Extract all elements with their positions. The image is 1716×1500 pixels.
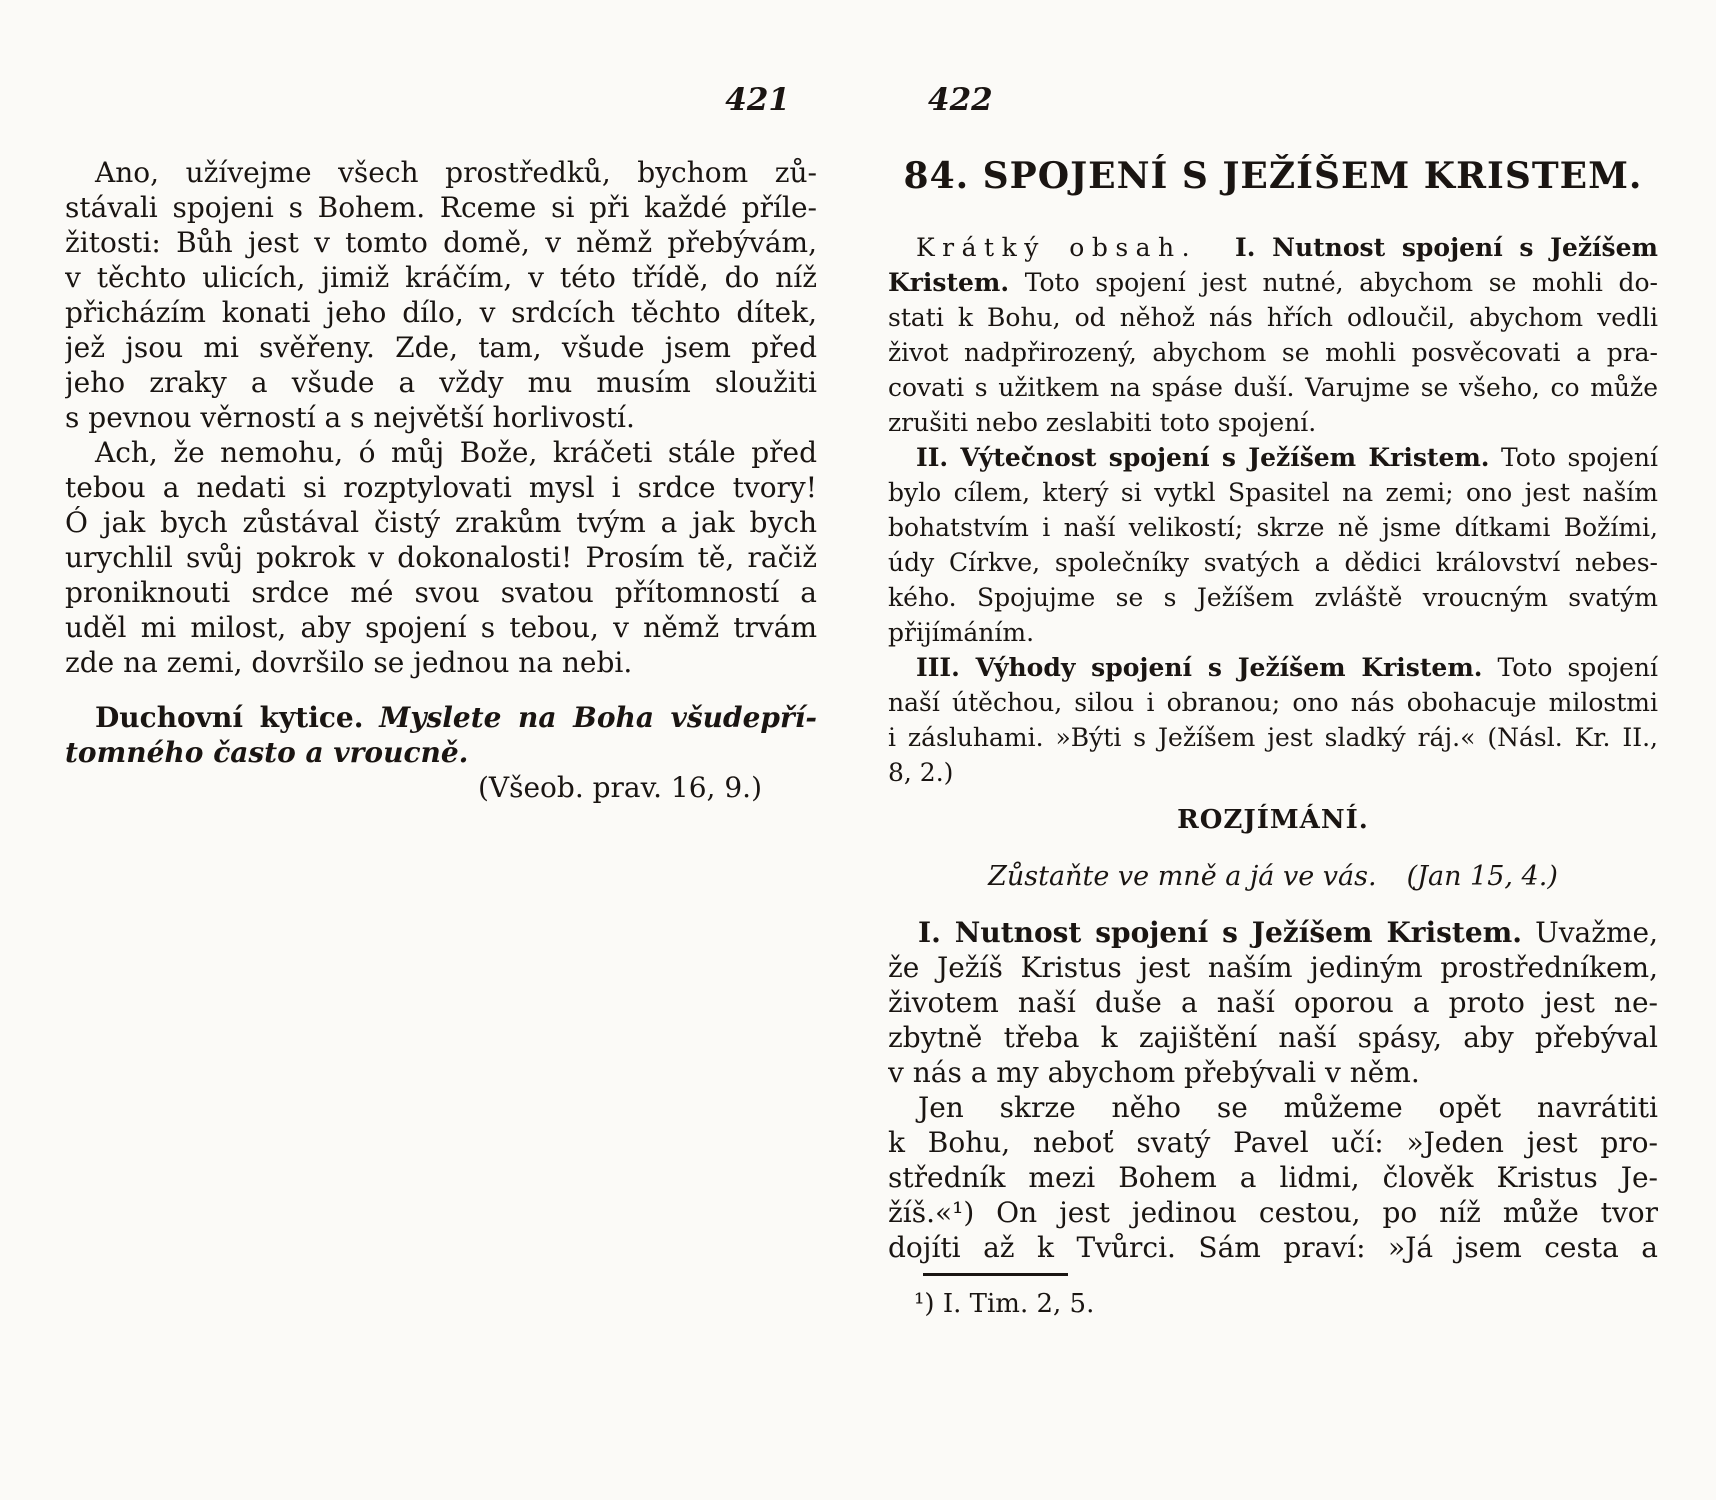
text-line: zde na zemi, dovršilo se jednou na nebi. (65, 645, 817, 680)
summary-text: Toto spojení jest nutné, abychom se mohl… (1025, 268, 1658, 297)
text-line: 8, 2.) (888, 755, 1658, 790)
summary-part1-heading: I. Nutnost spojení s Ježíšem (1235, 233, 1658, 262)
text-line: jež jsou mi svěřeny. Zde, tam, všude jse… (65, 330, 817, 365)
verse-reference: (Jan 15, 4.) (1407, 861, 1558, 892)
text-line: v těchto ulicích, jimiž kráčím, v této t… (65, 260, 817, 295)
text-line: uděl mi milost, aby spojení s tebou, v n… (65, 610, 817, 645)
text-line: zbytně třeba k zajištění naší spásy, aby… (888, 1020, 1658, 1055)
meditation-paragraph-2: Jen skrze něho se můžeme opět navrátiti … (888, 1090, 1658, 1265)
text-line: stávali spojeni s Bohem. Rceme si při ka… (65, 190, 817, 225)
bouquet-motto-continued: tomného často a vroucně. (65, 735, 817, 770)
text-line: bylo cílem, který si vytkl Spasitel na z… (888, 475, 1658, 510)
bouquet-motto: Myslete na Boha všudepří- (379, 701, 817, 734)
text-line: žíš.«¹) On jest jedinou cestou, po níž m… (888, 1195, 1658, 1230)
text-line: covati s užitkem na spáse duší. Varujme … (888, 370, 1658, 405)
text-line: I. Nutnost spojení s Ježíšem Kristem. Uv… (888, 915, 1658, 950)
text-line: život nadpřirozený, abychom se mohli pos… (888, 335, 1658, 370)
meditation-section-1: I. Nutnost spojení s Ježíšem Kristem. Uv… (888, 915, 1658, 1090)
meditation-heading: ROZJÍMÁNÍ. (888, 805, 1658, 835)
text-line: zrušiti nebo zeslabiti toto spojení. (888, 405, 1658, 440)
text-line: Ano, užívejme všech prostředků, bychom z… (65, 155, 817, 190)
left-page-number: 421 (65, 82, 817, 118)
verse-line: Zůstaňte ve mně a já ve vás.(Jan 15, 4.) (888, 859, 1658, 894)
book-spread: 421 Ano, užívejme všech prostředků, bych… (0, 0, 1716, 1500)
section1-heading: I. Nutnost spojení s Ježíšem Kristem. (918, 916, 1522, 949)
text-line: středník mezi Bohem a lidmi, člověk Kris… (888, 1160, 1658, 1195)
summary-text: Toto spojení (1501, 443, 1658, 472)
text-line: proniknouti srdce mé svou svatou přítomn… (65, 575, 817, 610)
text-line: tebou a nedati si rozptylovati mysl i sr… (65, 470, 817, 505)
text-line: v nás a my abychom přebývali v něm. (888, 1055, 1658, 1090)
left-paragraph-1: Ano, užívejme všech prostředků, bychom z… (65, 155, 817, 435)
text-line: urychlil svůj pokrok v dokonalosti! Pros… (65, 540, 817, 575)
bouquet-citation: (Všeob. prav. 16, 9.) (65, 770, 817, 805)
text-line: i zásluhami. »Býti s Ježíšem jest sladký… (888, 720, 1658, 755)
text-line: údy Církve, společníky svatých a dědici … (888, 545, 1658, 580)
section1-text: Uvažme, (1535, 916, 1658, 949)
text-line: Ach, že nemohu, ó můj Bože, kráčeti stál… (65, 435, 817, 470)
text-line: II. Výtečnost spojení s Ježíšem Kristem.… (888, 440, 1658, 475)
text-line: III. Výhody spojení s Ježíšem Kristem. T… (888, 650, 1658, 685)
summary-part2-heading: II. Výtečnost spojení s Ježíšem Kristem. (916, 443, 1490, 472)
footnote-text: ¹) I. Tim. 2, 5. (888, 1288, 1658, 1321)
summary-label: Krátký obsah. (916, 233, 1197, 262)
text-line: jeho zraky a všude a vždy mu musím slouž… (65, 365, 817, 400)
text-line: k Bohu, neboť svatý Pavel učí: »Jeden je… (888, 1125, 1658, 1160)
text-line: Krátký obsah. I. Nutnost spojení s Ježíš… (888, 230, 1658, 265)
text-line: Duchovní kytice. Myslete na Boha všudepř… (65, 700, 817, 735)
summary-part1-heading-carry: Kristem. (888, 268, 1009, 297)
text-line: přicházím konati jeho dílo, v srdcích tě… (65, 295, 817, 330)
text-line: že Ježíš Kristus jest naším jediným pros… (888, 950, 1658, 985)
bouquet-label: Duchovní kytice. (95, 701, 363, 734)
spiritual-bouquet: Duchovní kytice. Myslete na Boha všudepř… (65, 700, 817, 805)
summary-block: Krátký obsah. I. Nutnost spojení s Ježíš… (888, 230, 1658, 790)
footnote-rule (923, 1273, 1068, 1276)
left-paragraph-2: Ach, že nemohu, ó můj Bože, kráčeti stál… (65, 435, 817, 680)
text-line: bohatstvím i naší velikostí; skrze ně js… (888, 510, 1658, 545)
text-line: s pevnou věrností a s největší horlivost… (65, 400, 817, 435)
summary-part3-heading: III. Výhody spojení s Ježíšem Kristem. (916, 653, 1482, 682)
right-page-number: 422 (888, 82, 1658, 118)
text-line: kého. Spojujme se s Ježíšem zvláště vrou… (888, 580, 1658, 615)
chapter-heading: 84. SPOJENÍ S JEŽÍŠEM KRISTEM. (888, 154, 1658, 198)
right-page: 422 84. SPOJENÍ S JEŽÍŠEM KRISTEM. Krátk… (888, 82, 1658, 1321)
text-line: Kristem. Toto spojení jest nutné, abycho… (888, 265, 1658, 300)
text-line: přijímáním. (888, 615, 1658, 650)
text-line: Ó jak bych zůstával čistý zrakům tvým a … (65, 505, 817, 540)
text-line: žitosti: Bůh jest v tomto domě, v němž p… (65, 225, 817, 260)
text-line: Jen skrze něho se můžeme opět navrátiti (888, 1090, 1658, 1125)
text-line: životem naší duše a naší oporou a proto … (888, 985, 1658, 1020)
text-line: naší útěchou, silou i obranou; ono nás o… (888, 685, 1658, 720)
left-page: 421 Ano, užívejme všech prostředků, bych… (65, 82, 817, 805)
text-line: dojíti až k Tvůrci. Sám praví: »Já jsem … (888, 1230, 1658, 1265)
verse-text: Zůstaňte ve mně a já ve vás. (988, 861, 1376, 892)
text-line: stati k Bohu, od něhož nás hřích odlouči… (888, 300, 1658, 335)
